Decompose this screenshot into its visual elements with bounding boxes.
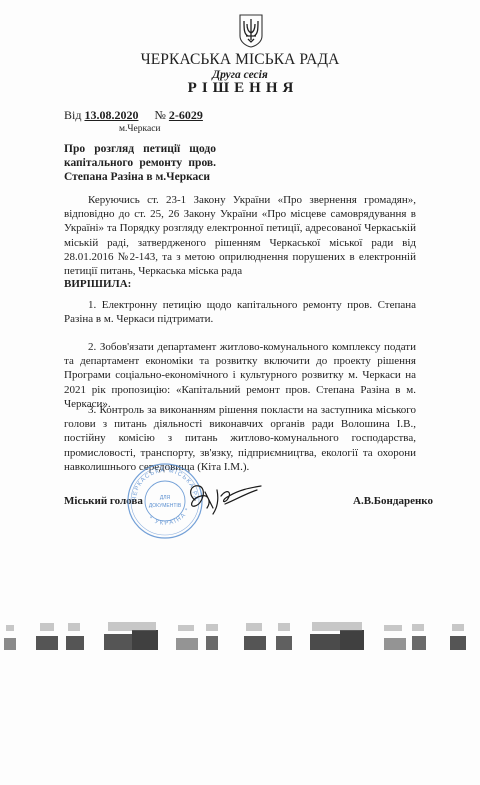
decision-date: 13.08.2020 xyxy=(84,108,138,122)
number-label: № xyxy=(154,108,165,122)
scan-artifact-strip xyxy=(0,620,480,660)
resolution-item-text: 3. Контроль за виконанням рішення поклас… xyxy=(64,404,416,473)
trident-coat-of-arms-icon xyxy=(238,14,264,48)
resolution-item-1: 1. Електронну петицію щодо капітального … xyxy=(64,298,416,326)
resolved-heading: ВИРІШИЛА: xyxy=(64,278,131,290)
stamp-center-line1: ДЛЯ xyxy=(160,495,171,501)
council-name: ЧЕРКАСЬКА МІСЬКА РАДА xyxy=(0,51,480,69)
city-label: м.Черкаси xyxy=(119,124,161,134)
from-label: Від xyxy=(64,108,81,122)
subject-heading: Про розгляд петиції щодо капітального ре… xyxy=(64,142,216,184)
stamp-center-line2: ДОКУМЕНТІВ xyxy=(149,503,182,509)
date-number-line: Від 13.08.2020 № 2-6029 xyxy=(64,108,203,123)
resolution-item-text: 2. Зобов'язати департамент житлово-комун… xyxy=(64,341,416,410)
resolution-item-text: 1. Електронну петицію щодо капітального … xyxy=(64,299,416,325)
document-type-title: РІШЕННЯ xyxy=(0,80,480,97)
resolution-item-2: 2. Зобов'язати департамент житлово-комун… xyxy=(64,340,416,411)
handwritten-signature-icon xyxy=(183,478,263,518)
document-page: ЧЕРКАСЬКА МІСЬКА РАДА Друга сесія РІШЕНН… xyxy=(0,0,480,785)
signatory-name: А.В.Бондаренко xyxy=(353,495,433,507)
preamble-paragraph: Керуючись ст. 23-1 Закону України «Про з… xyxy=(64,193,416,278)
decision-number: 2-6029 xyxy=(169,108,203,122)
resolution-item-3: 3. Контроль за виконанням рішення поклас… xyxy=(64,403,416,474)
preamble-text: Керуючись ст. 23-1 Закону України «Про з… xyxy=(64,194,416,277)
